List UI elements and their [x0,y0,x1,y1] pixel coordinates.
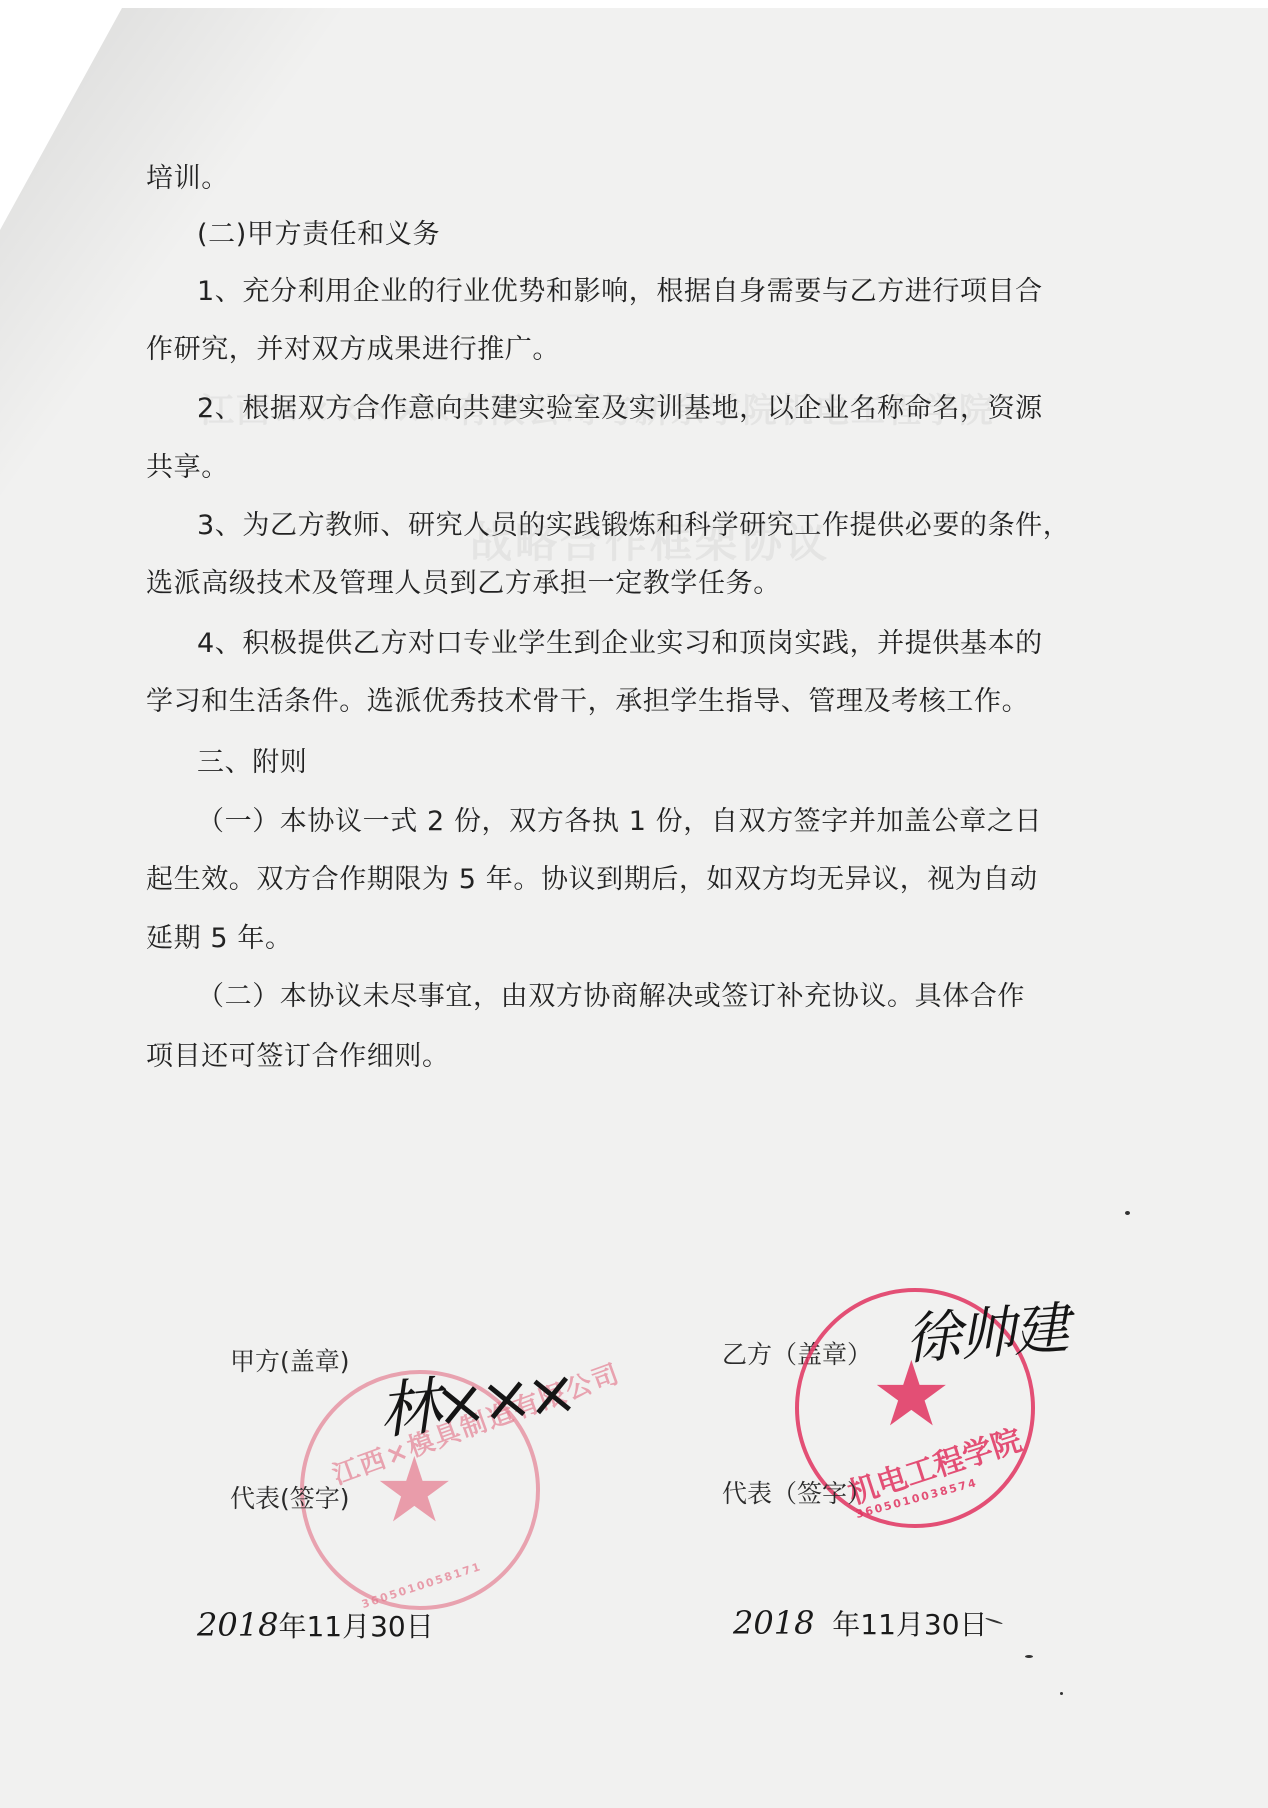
body-line: 培训。 [146,162,229,196]
body-line: 作研究，并对双方成果进行推广。 [146,333,560,367]
section-heading-party-a-duties: (二)甲方责任和义务 [197,218,440,252]
body-line: 学习和生活条件。选派优秀技术骨干，承担学生指导、管理及考核工作。 [146,685,1029,719]
body-line: （一）本协议一式 2 份，双方各执 1 份，自双方签字并加盖公章之日 [197,805,1042,839]
party-b-date-rest: 年11月30日 [832,1608,987,1641]
scan-mark [985,1617,1003,1624]
body-line: （二）本协议未尽事宜，由双方协商解决或签订补充协议。具体合作 [197,980,1025,1014]
scan-mark [1060,1692,1063,1695]
party-a-date-rest: 年11月30日 [278,1610,433,1643]
party-b-handwritten-signature: 徐帅建 [902,1284,1069,1375]
scan-mark [1125,1211,1130,1215]
body-line: 延期 5 年。 [146,922,293,956]
body-line: 共享。 [146,451,229,485]
party-a-seal-code: 3605010058171 [360,1560,483,1611]
party-b-date-year: 2018 [733,1604,814,1642]
party-a-date-year: 2018 [197,1606,278,1644]
scan-mark [1025,1655,1033,1658]
body-line: 选派高级技术及管理人员到乙方承担一定教学任务。 [146,567,781,601]
party-a-handwritten-signature: 林××× [374,1342,576,1451]
seal-star-icon: ★ [374,1446,455,1536]
body-line: 3、为乙方教师、研究人员的实践锻炼和科学研究工作提供必要的条件， [197,509,1070,543]
body-line: 起生效。双方合作期限为 5 年。协议到期后，如双方均无异议，视为自动 [146,863,1038,897]
party-b-date: 2018 年11月30日 [733,1603,988,1643]
party-a-representative-label: 代表(签字) [230,1479,350,1515]
section-heading-appendix: 三、附则 [197,746,307,780]
party-a-seal-label: 甲方(盖章) [230,1342,350,1378]
document-page: 江西××××××有限公司与新余学院机电工程学院 战略合作框架协议 培训。 (二)… [0,0,1268,1808]
party-a-date: 2018年11月30日 [197,1605,434,1645]
body-line: 1、充分利用企业的行业优势和影响，根据自身需要与乙方进行项目合 [197,275,1043,309]
body-line: 项目还可签订合作细则。 [146,1040,450,1074]
body-line: 2、根据双方合作意向共建实验室及实训基地，以企业名称命名，资源 [197,392,1043,426]
body-line: 4、积极提供乙方对口专业学生到企业实习和顶岗实践，并提供基本的 [197,627,1043,661]
party-b-representative-label: 代表（签字） [722,1474,872,1510]
